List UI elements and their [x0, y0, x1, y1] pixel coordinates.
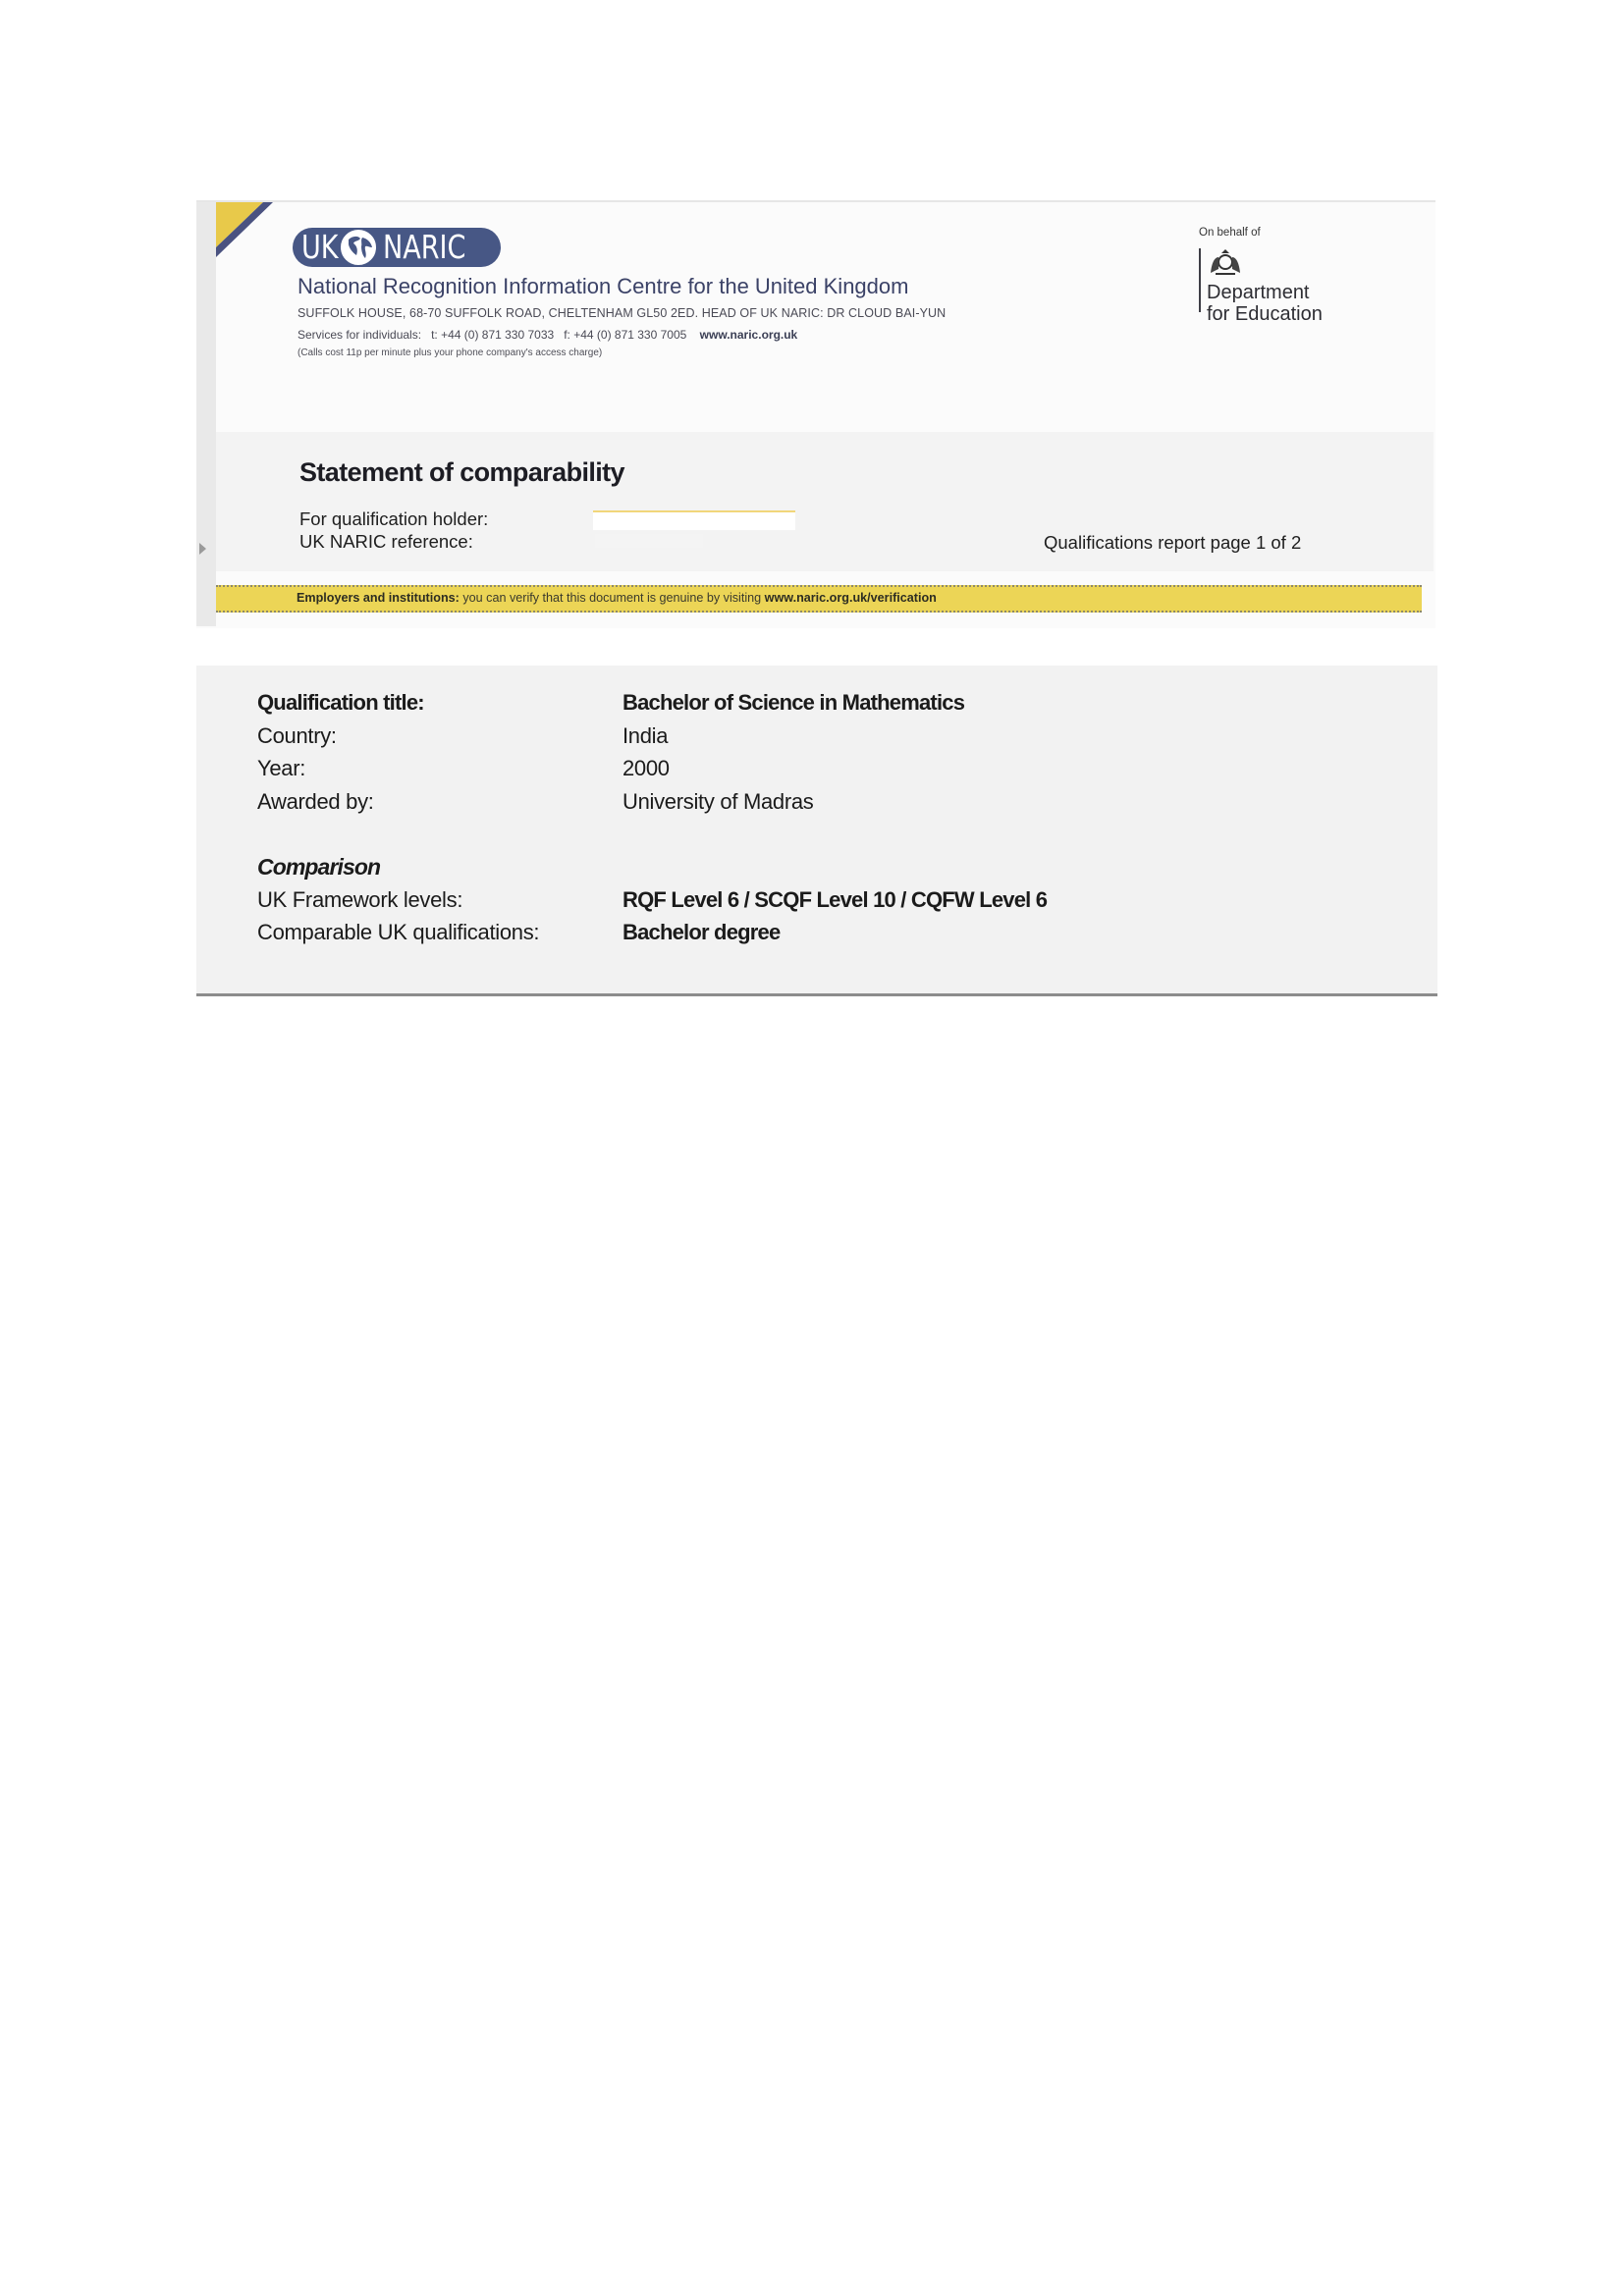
scan-edge-strip	[196, 202, 216, 626]
country-value: India	[623, 723, 668, 749]
reference-label: UK NARIC reference:	[299, 531, 473, 553]
department-for-education-wordmark: Department for Education	[1207, 282, 1323, 325]
verification-text: Employers and institutions: you can veri…	[297, 591, 937, 605]
awarded-by-value: University of Madras	[623, 789, 814, 815]
reference-number-redacted	[595, 534, 703, 548]
comparable-qualifications-label: Comparable UK qualifications:	[257, 920, 539, 945]
document-title: Statement of comparability	[299, 457, 624, 488]
logo-text-naric: NARIC	[383, 230, 465, 265]
awarded-by-label: Awarded by:	[257, 789, 374, 815]
holder-label: For qualification holder:	[299, 508, 488, 530]
services-label: Services for individuals:	[298, 328, 421, 342]
globe-icon	[339, 228, 378, 267]
comparable-qualifications-value: Bachelor degree	[623, 920, 780, 945]
verification-body: you can verify that this document is gen…	[460, 591, 765, 605]
framework-levels-label: UK Framework levels:	[257, 887, 462, 913]
department-line-2: for Education	[1207, 303, 1323, 325]
contact-line: Services for individuals: t: +44 (0) 871…	[298, 328, 797, 342]
calls-cost-note: (Calls cost 11p per minute plus your pho…	[298, 347, 602, 358]
website-link[interactable]: www.naric.org.uk	[700, 328, 798, 342]
department-line-1: Department	[1207, 282, 1323, 303]
year-label: Year:	[257, 756, 305, 781]
verification-banner: Employers and institutions: you can veri…	[216, 585, 1422, 613]
fax-number: f: +44 (0) 871 330 7005	[564, 328, 686, 342]
year-value: 2000	[623, 756, 670, 781]
verification-lead: Employers and institutions:	[297, 591, 460, 605]
organisation-address: SUFFOLK HOUSE, 68-70 SUFFOLK ROAD, CHELT…	[298, 306, 946, 320]
qualification-title-label: Qualification title:	[257, 690, 424, 716]
holder-name-redacted	[593, 510, 795, 530]
logo-text-uk: UK	[301, 230, 339, 265]
report-page-indicator: Qualifications report page 1 of 2	[1044, 532, 1301, 554]
comparison-heading: Comparison	[257, 854, 380, 881]
dfe-divider	[1199, 248, 1201, 312]
royal-crest-icon	[1208, 247, 1243, 277]
verification-link[interactable]: www.naric.org.uk/verification	[765, 591, 937, 605]
on-behalf-label: On behalf of	[1199, 227, 1261, 239]
telephone-number: t: +44 (0) 871 330 7033	[431, 328, 554, 342]
framework-levels-value: RQF Level 6 / SCQF Level 10 / CQFW Level…	[623, 887, 1047, 913]
qualification-title-value: Bachelor of Science in Mathematics	[623, 690, 964, 716]
corner-accent-icon	[216, 202, 273, 257]
side-arrow-icon	[199, 543, 206, 555]
organisation-name: National Recognition Information Centre …	[298, 274, 908, 299]
uk-naric-logo: UK NARIC	[293, 228, 501, 267]
country-label: Country:	[257, 723, 337, 749]
